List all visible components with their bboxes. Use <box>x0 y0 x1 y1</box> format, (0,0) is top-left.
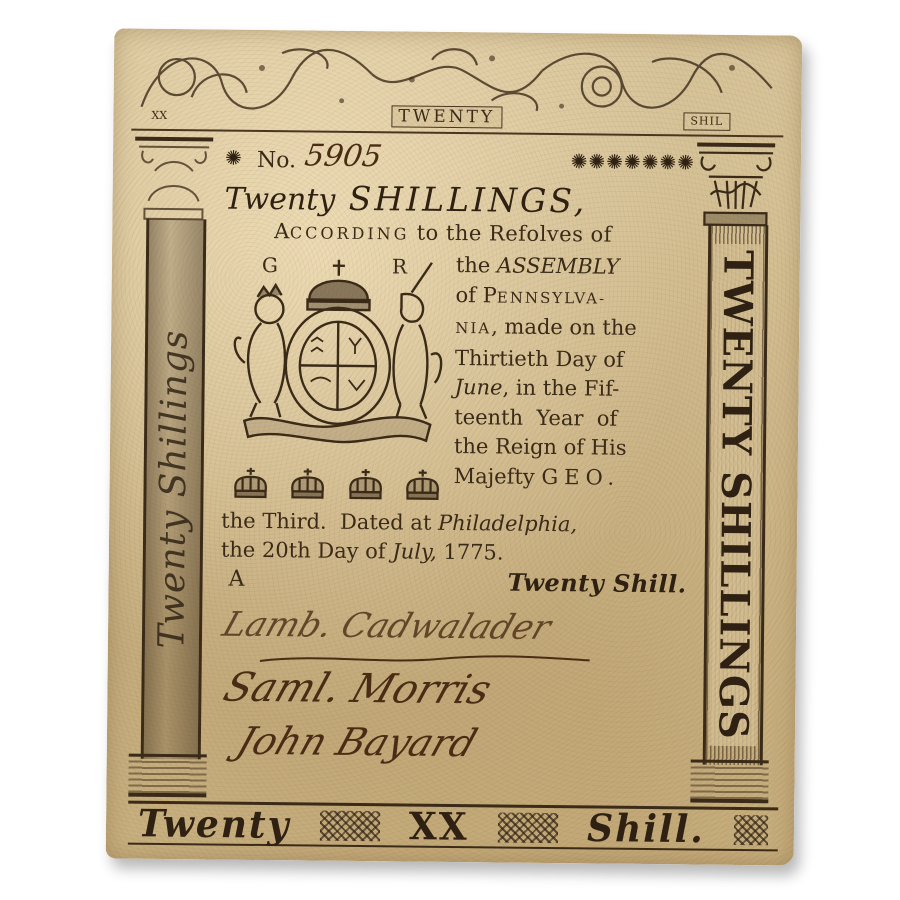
column-base <box>690 759 768 803</box>
serial-number: 5905 <box>302 138 384 174</box>
signature-3: John Bayard <box>232 719 483 765</box>
signature-1: Lamb. Cadwalader <box>217 605 556 648</box>
plate-letter: A <box>228 567 244 592</box>
text-line: of PENNSYLVA- <box>455 281 695 315</box>
corinthian-capital-icon <box>696 143 775 230</box>
hatch-ornament <box>498 812 558 843</box>
signature-2: Saml. Morris <box>218 665 497 714</box>
resolution-text: the ASSEMBLY of PENNSYLVA- NIA, made on … <box>454 251 697 494</box>
crown-icon <box>231 467 269 499</box>
currency-note: XX TWENTY SHIL Twenty Shillings <box>106 28 803 865</box>
coat-of-arms-icon <box>230 253 446 451</box>
hatch-ornament <box>320 810 380 841</box>
hatch-ornament <box>734 814 768 844</box>
serial-row: ✺ No. 5905 ✺✺✺✺✺✺✺ <box>225 142 695 181</box>
column-shaft: Twenty Shillings <box>141 219 207 760</box>
according-rest: to the Refolves of <box>409 221 612 247</box>
according-smallcaps: CCORDING <box>290 223 410 243</box>
serial-prefix: No. <box>257 148 296 173</box>
column-base <box>128 754 206 798</box>
corner-mark: XX <box>151 109 167 122</box>
note-body: ✺ No. 5905 ✺✺✺✺✺✺✺ Twenty SHILLINGS, ACC… <box>219 142 696 776</box>
fluted-column-shaft: TWENTY SHILLINGS <box>703 225 769 766</box>
denomination-headline: Twenty SHILLINGS, <box>224 178 694 222</box>
bottom-border: Twenty XX Shill. <box>128 801 778 852</box>
headline-word-shillings: SHILLINGS, <box>349 179 588 220</box>
text-line: Majefty GEO. <box>454 461 694 493</box>
top-label-twenty: TWENTY <box>391 105 502 128</box>
text-line: NIA, made on the <box>455 312 695 346</box>
crown-icon <box>346 468 384 500</box>
crown-row <box>231 467 441 501</box>
royal-cipher-r: R <box>392 254 407 278</box>
royal-coat-of-arms: G R <box>230 253 446 451</box>
right-pillar: TWENTY SHILLINGS <box>690 143 775 804</box>
crown-icon <box>289 467 327 499</box>
pillar-text-right: TWENTY SHILLINGS <box>709 244 761 746</box>
according-initial: A <box>274 219 290 243</box>
text-line: Thirtieth Day of <box>455 344 695 376</box>
star-ornament-icon: ✺ <box>225 146 242 170</box>
headline-word-twenty: Twenty <box>224 182 335 218</box>
denomination-row: A Twenty Shill. <box>220 565 690 602</box>
pillar-text-left: Twenty Shillings <box>151 323 195 654</box>
bottom-word-xx: XX <box>409 804 469 849</box>
according-line: ACCORDING to the Refolves of <box>274 219 694 247</box>
text-line: June, in the Fif- <box>454 373 694 405</box>
dated-text: the Third. Dated at Philadelphia, the 20… <box>221 507 692 570</box>
bottom-word-shill: Shill. <box>587 806 705 851</box>
top-ornamental-border: XX TWENTY SHIL <box>131 37 784 138</box>
text-line: the ASSEMBLY <box>456 251 696 283</box>
text-line: the Reign of His <box>454 432 694 464</box>
star-row-icon: ✺✺✺✺✺✺✺ <box>571 149 696 174</box>
arms-and-text: G R <box>221 249 694 512</box>
script-denomination: Twenty Shill. <box>507 568 686 599</box>
text-line: teenth Year of <box>454 403 694 435</box>
column-capital-icon <box>134 137 213 224</box>
signatures: Lamb. Cadwalader Saml. Morris John Bayar… <box>219 601 691 776</box>
royal-cipher-g: G <box>262 253 278 277</box>
left-pillar: Twenty Shillings <box>128 137 213 798</box>
top-label-shil: SHIL <box>683 112 730 130</box>
crown-icon <box>403 468 441 500</box>
bottom-word-twenty: Twenty <box>138 801 291 847</box>
